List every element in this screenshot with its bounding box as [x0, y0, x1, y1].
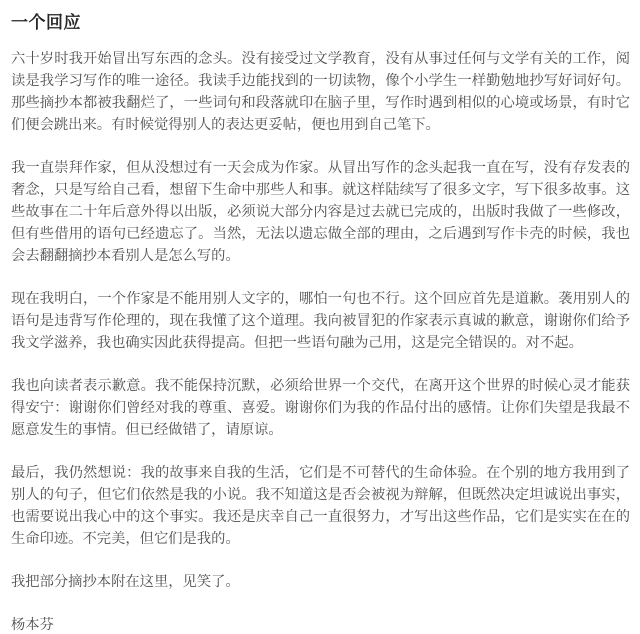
paragraph-3: 现在我明白，一个作家是不能用别人文字的，哪怕一句也不行。这个回应首先是道歉。袭用…	[11, 288, 630, 354]
signature: 杨本芬	[11, 614, 630, 634]
page-title: 一个回应	[11, 12, 630, 34]
paragraph-1: 六十岁时我开始冒出写东西的念头。没有接受过文学教育，没有从事过任何与文学有关的工…	[11, 48, 630, 136]
paragraph-2: 我一直崇拜作家，但从没想过有一天会成为作家。从冒出写作的念头起我一直在写，没有存…	[11, 157, 630, 267]
paragraph-4: 我也向读者表示歉意。我不能保持沉默，必须给世界一个交代，在离开这个世界的时候心灵…	[11, 375, 630, 441]
article: 一个回应 六十岁时我开始冒出写东西的念头。没有接受过文学教育，没有从事过任何与文…	[0, 0, 640, 634]
paragraph-5: 最后，我仍然想说：我的故事来自我的生活，它们是不可替代的生命体验。在个别的地方我…	[11, 462, 630, 550]
paragraph-closing: 我把部分摘抄本附在这里，见笑了。	[11, 571, 630, 593]
